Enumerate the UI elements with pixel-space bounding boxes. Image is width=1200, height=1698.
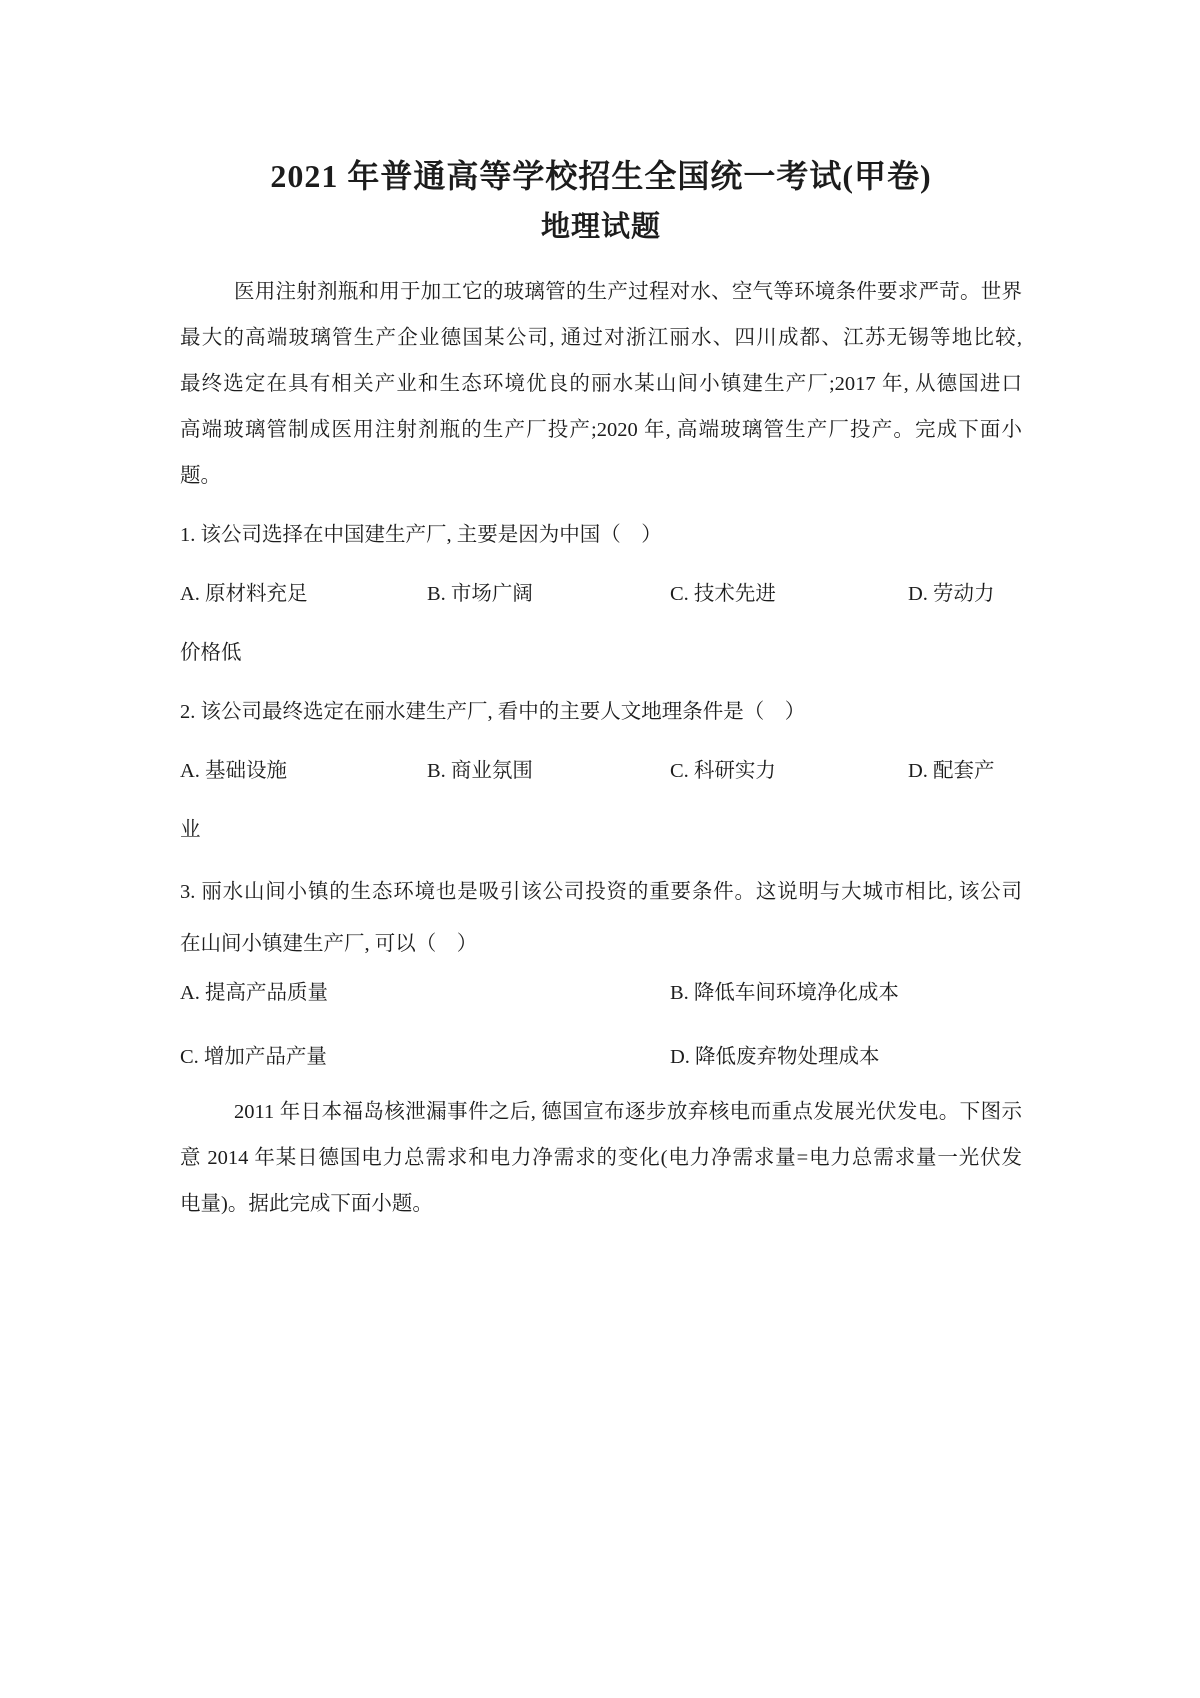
passage-1: 医用注射剂瓶和用于加工它的玻璃管的生产过程对水、空气等环境条件要求严苛。世界 最… <box>180 269 1022 499</box>
question-3-stem-line-2: 在山间小镇建生产厂, 可以（ ） <box>180 918 1022 970</box>
option-1a: A. 原材料充足 <box>180 571 427 617</box>
passage-2: 2011 年日本福岛核泄漏事件之后, 德国宣布逐步放弃核电而重点发展光伏发电。下… <box>180 1089 1022 1227</box>
passage-line: 高端玻璃管制成医用注射剂瓶的生产厂投产;2020 年, 高端玻璃管生产厂投产。完… <box>180 407 1022 453</box>
option-2a: A. 基础设施 <box>180 748 427 794</box>
option-3b: B. 降低车间环境净化成本 <box>670 970 1022 1016</box>
passage-line: 2011 年日本福岛核泄漏事件之后, 德国宣布逐步放弃核电而重点发展光伏发电。下… <box>180 1089 1022 1135</box>
question-3-option-row-1: A. 提高产品质量 B. 降低车间环境净化成本 <box>180 970 1022 1016</box>
option-3a: A. 提高产品质量 <box>180 970 670 1016</box>
option-1d-continuation: 价格低 <box>180 630 1022 676</box>
question-3-stem: 3. 丽水山间小镇的生态环境也是吸引该公司投资的重要条件。这说明与大城市相比, … <box>180 866 1022 970</box>
exam-subtitle: 地理试题 <box>180 210 1022 244</box>
option-1d: D. 劳动力 <box>908 571 1022 617</box>
passage-line: 意 2014 年某日德国电力总需求和电力净需求的变化(电力净需求量=电力总需求量… <box>180 1135 1022 1181</box>
passage-line: 题。 <box>180 453 1022 499</box>
option-2d-continuation: 业 <box>180 807 1022 853</box>
option-2b: B. 商业氛围 <box>427 748 670 794</box>
question-3-option-row-2: C. 增加产品产量 D. 降低废弃物处理成本 <box>180 1034 1022 1080</box>
option-1c: C. 技术先进 <box>670 571 908 617</box>
document-page: 2021 年普通高等学校招生全国统一考试(甲卷) 地理试题 医用注射剂瓶和用于加… <box>0 0 1200 1698</box>
passage-line: 医用注射剂瓶和用于加工它的玻璃管的生产过程对水、空气等环境条件要求严苛。世界 <box>180 269 1022 315</box>
question-1-stem: 1. 该公司选择在中国建生产厂, 主要是因为中国（ ） <box>180 512 1022 558</box>
passage-line: 电量)。据此完成下面小题。 <box>180 1181 1022 1227</box>
question-1-option-row: A. 原材料充足 B. 市场广阔 C. 技术先进 D. 劳动力 <box>180 571 1022 617</box>
passage-line: 最大的高端玻璃管生产企业德国某公司, 通过对浙江丽水、四川成都、江苏无锡等地比较… <box>180 315 1022 361</box>
option-2c: C. 科研实力 <box>670 748 908 794</box>
exam-title: 2021 年普通高等学校招生全国统一考试(甲卷) <box>180 0 1022 194</box>
option-2d: D. 配套产 <box>908 748 1022 794</box>
question-3-stem-line-1: 3. 丽水山间小镇的生态环境也是吸引该公司投资的重要条件。这说明与大城市相比, … <box>180 866 1022 918</box>
option-3c: C. 增加产品产量 <box>180 1034 670 1080</box>
option-1b: B. 市场广阔 <box>427 571 670 617</box>
question-2-option-row: A. 基础设施 B. 商业氛围 C. 科研实力 D. 配套产 <box>180 748 1022 794</box>
document-content: 2021 年普通高等学校招生全国统一考试(甲卷) 地理试题 医用注射剂瓶和用于加… <box>0 0 1200 1227</box>
option-3d: D. 降低废弃物处理成本 <box>670 1034 1022 1080</box>
passage-line: 最终选定在具有相关产业和生态环境优良的丽水某山间小镇建生产厂;2017 年, 从… <box>180 361 1022 407</box>
question-2-stem: 2. 该公司最终选定在丽水建生产厂, 看中的主要人文地理条件是（ ） <box>180 689 1022 735</box>
